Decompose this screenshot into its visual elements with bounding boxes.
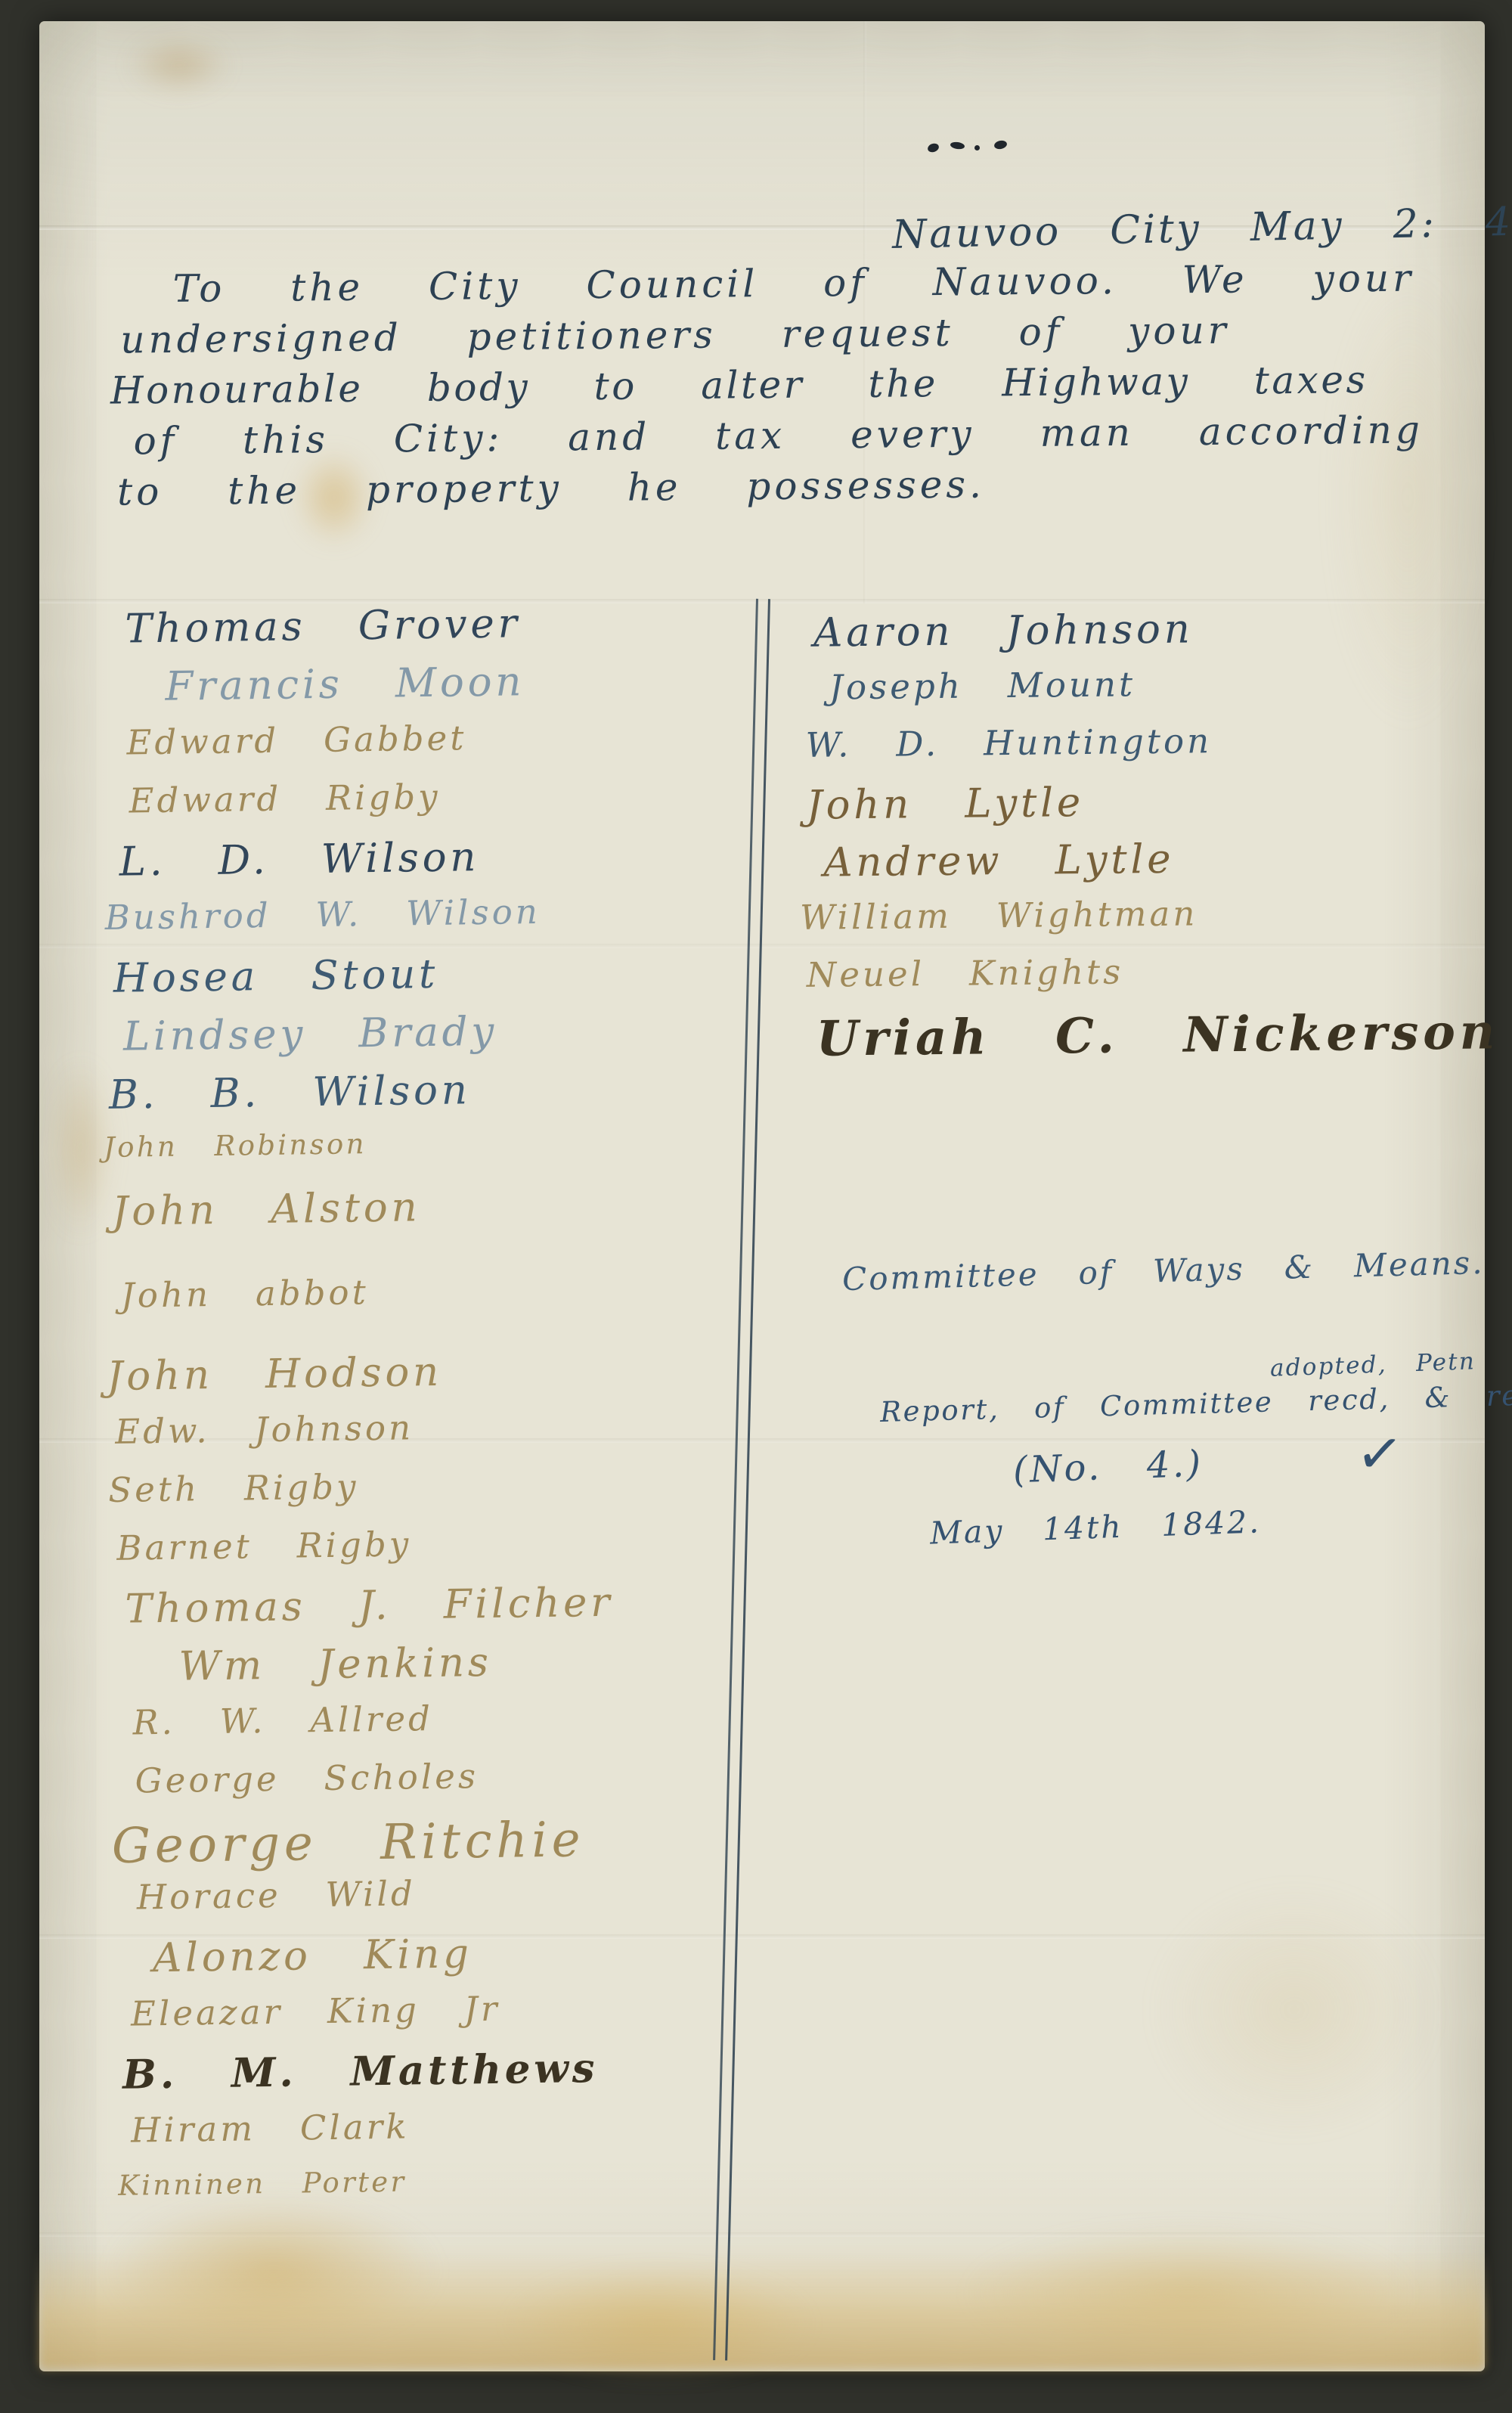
signature-text: Wm Jenkins (178, 1639, 492, 1690)
signature: Uriah C. Nickerson (816, 1008, 1512, 1073)
signature: Hiram Clark (131, 2104, 767, 2172)
paper-stain (463, 2252, 856, 2396)
ink-blot (927, 142, 940, 154)
signature-text: Barnet Rigby (116, 1524, 412, 1568)
ink-blot (993, 139, 1008, 150)
fold-crease (39, 2232, 1485, 2237)
signature: Edw. Johnson (115, 1406, 757, 1473)
committee-note: Committee of Ways & Means. (842, 1247, 1485, 1295)
signature: Kinninen Porter (118, 2163, 767, 2230)
signature-text: Hiram Clark (131, 2106, 410, 2150)
signature-text: Thomas Grover (125, 600, 521, 652)
signature-text: Neuel Knights (807, 951, 1124, 994)
signature: Bushrod W. Wilson (104, 892, 749, 959)
signature-text: B. B. Wilson (109, 1067, 471, 1118)
signature-text: Horace Wild (136, 1873, 416, 1917)
signature-text: John Hodson (107, 1349, 443, 1400)
signature: Seth Rigby (108, 1464, 758, 1531)
signature: John Alston (112, 1183, 754, 1250)
signature: R. W. Allred (132, 1697, 761, 1764)
signature: Hosea Stout (113, 950, 751, 1017)
scan-backdrop: Nauvoo City May 2: 42 To the City Counci… (0, 0, 1512, 2413)
signature-text: Edw. Johnson (115, 1407, 414, 1452)
signature: John abbot (120, 1270, 754, 1337)
signature-text: John abbot (120, 1272, 369, 1316)
docket-date: May 14th 1842. (929, 1506, 1261, 1549)
signature-text: Hosea Stout (113, 951, 438, 1002)
petition-body: To the City Council of Nauvoo. We your u… (120, 259, 1424, 523)
signature-column-right: Aaron Johnson Joseph Mount W. D. Hunting… (797, 606, 1512, 1073)
signature: Edward Gabbet (126, 717, 747, 783)
signature: B. M. Matthews (122, 2046, 766, 2114)
signature: Joseph Mount (829, 663, 1509, 727)
signature-column-left: Thomas Grover Francis Moon Edward Gabbet… (94, 600, 767, 2230)
signature: Eleazar King Jr (131, 1988, 765, 2055)
signature-text: Seth Rigby (108, 1466, 359, 1510)
dateline: Nauvoo City May 2: 42 (892, 202, 1512, 255)
docket-report-line: Report, of Committee recd, & rejected. (880, 1379, 1512, 1426)
signature: George Scholes (135, 1755, 761, 1822)
water-stain-band (39, 2248, 1485, 2369)
signature: Thomas Grover (125, 600, 745, 667)
paper-stain (1113, 1851, 1476, 2169)
petition-body-line: to the property he possesses. (117, 461, 1424, 523)
signature: George Ritchie (111, 1813, 762, 1881)
signature-text: Kinninen Porter (118, 2166, 407, 2202)
signature: Lindsey Brady (123, 1008, 751, 1075)
signature-text: Joseph Mount (829, 664, 1136, 707)
signature: W. D. Huntington (805, 721, 1509, 786)
signature: Alonzo King (153, 1930, 764, 1996)
signature-text: Thomas J. Filcher (125, 1580, 614, 1633)
signature-text: George Scholes (135, 1756, 479, 1800)
paper-stain (111, 27, 247, 103)
signature: Aaron Johnson (813, 606, 1508, 671)
signature-text: Lindsey Brady (123, 1009, 498, 1060)
signature-text: John Lytle (806, 780, 1084, 829)
docket-number: (No. 4.) (1012, 1446, 1204, 1489)
signature-text: Edward Rigby (129, 777, 441, 821)
signature-text: Francis Moon (165, 659, 525, 710)
signature: William Wightman (800, 893, 1511, 958)
ink-blot (950, 141, 965, 150)
signature-text: William Wightman (800, 893, 1198, 938)
signature-text: L. D. Wilson (119, 834, 479, 885)
signature: B. B. Wilson (109, 1066, 752, 1134)
signature-text: W. D. Huntington (805, 721, 1212, 765)
signature: John Robinson (104, 1124, 753, 1192)
signature-text: B. M. Matthews (122, 2045, 599, 2098)
signature-text: Eleazar King Jr (131, 1989, 500, 2034)
signature: Wm Jenkins (178, 1639, 760, 1705)
signature-text: Bushrod W. Wilson (104, 892, 541, 938)
checkmark-icon: ✓ (1353, 1419, 1407, 1489)
signature-text: Alonzo King (153, 1931, 473, 1981)
signature-text: George Ritchie (111, 1812, 584, 1875)
signature: Edward Rigby (129, 775, 748, 842)
signature: L. D. Wilson (119, 833, 748, 901)
ink-blot (974, 145, 980, 150)
signature: Thomas J. Filcher (125, 1580, 759, 1648)
signature: John Lytle (806, 778, 1510, 843)
signature: Andrew Lytle (823, 836, 1510, 901)
signature-text: Uriah C. Nickerson (816, 1003, 1499, 1067)
docket-adopted-note: adopted, Petn (1270, 1350, 1476, 1380)
signature: Barnet Rigby (116, 1522, 758, 1590)
signature: John Hodson (107, 1348, 756, 1415)
ink-blot-marks (928, 136, 1018, 156)
signature-text: John Robinson (104, 1127, 367, 1164)
petition-page: Nauvoo City May 2: 42 To the City Counci… (39, 21, 1485, 2371)
signature: Horace Wild (137, 1872, 764, 1939)
signature-text: R. W. Allred (132, 1698, 433, 1743)
signature-text: John Alston (112, 1184, 421, 1235)
signature-text: Aaron Johnson (813, 606, 1194, 656)
signature-text: Edward Gabbet (126, 718, 467, 762)
signature-text: Andrew Lytle (823, 836, 1175, 886)
signature: Francis Moon (165, 659, 746, 725)
